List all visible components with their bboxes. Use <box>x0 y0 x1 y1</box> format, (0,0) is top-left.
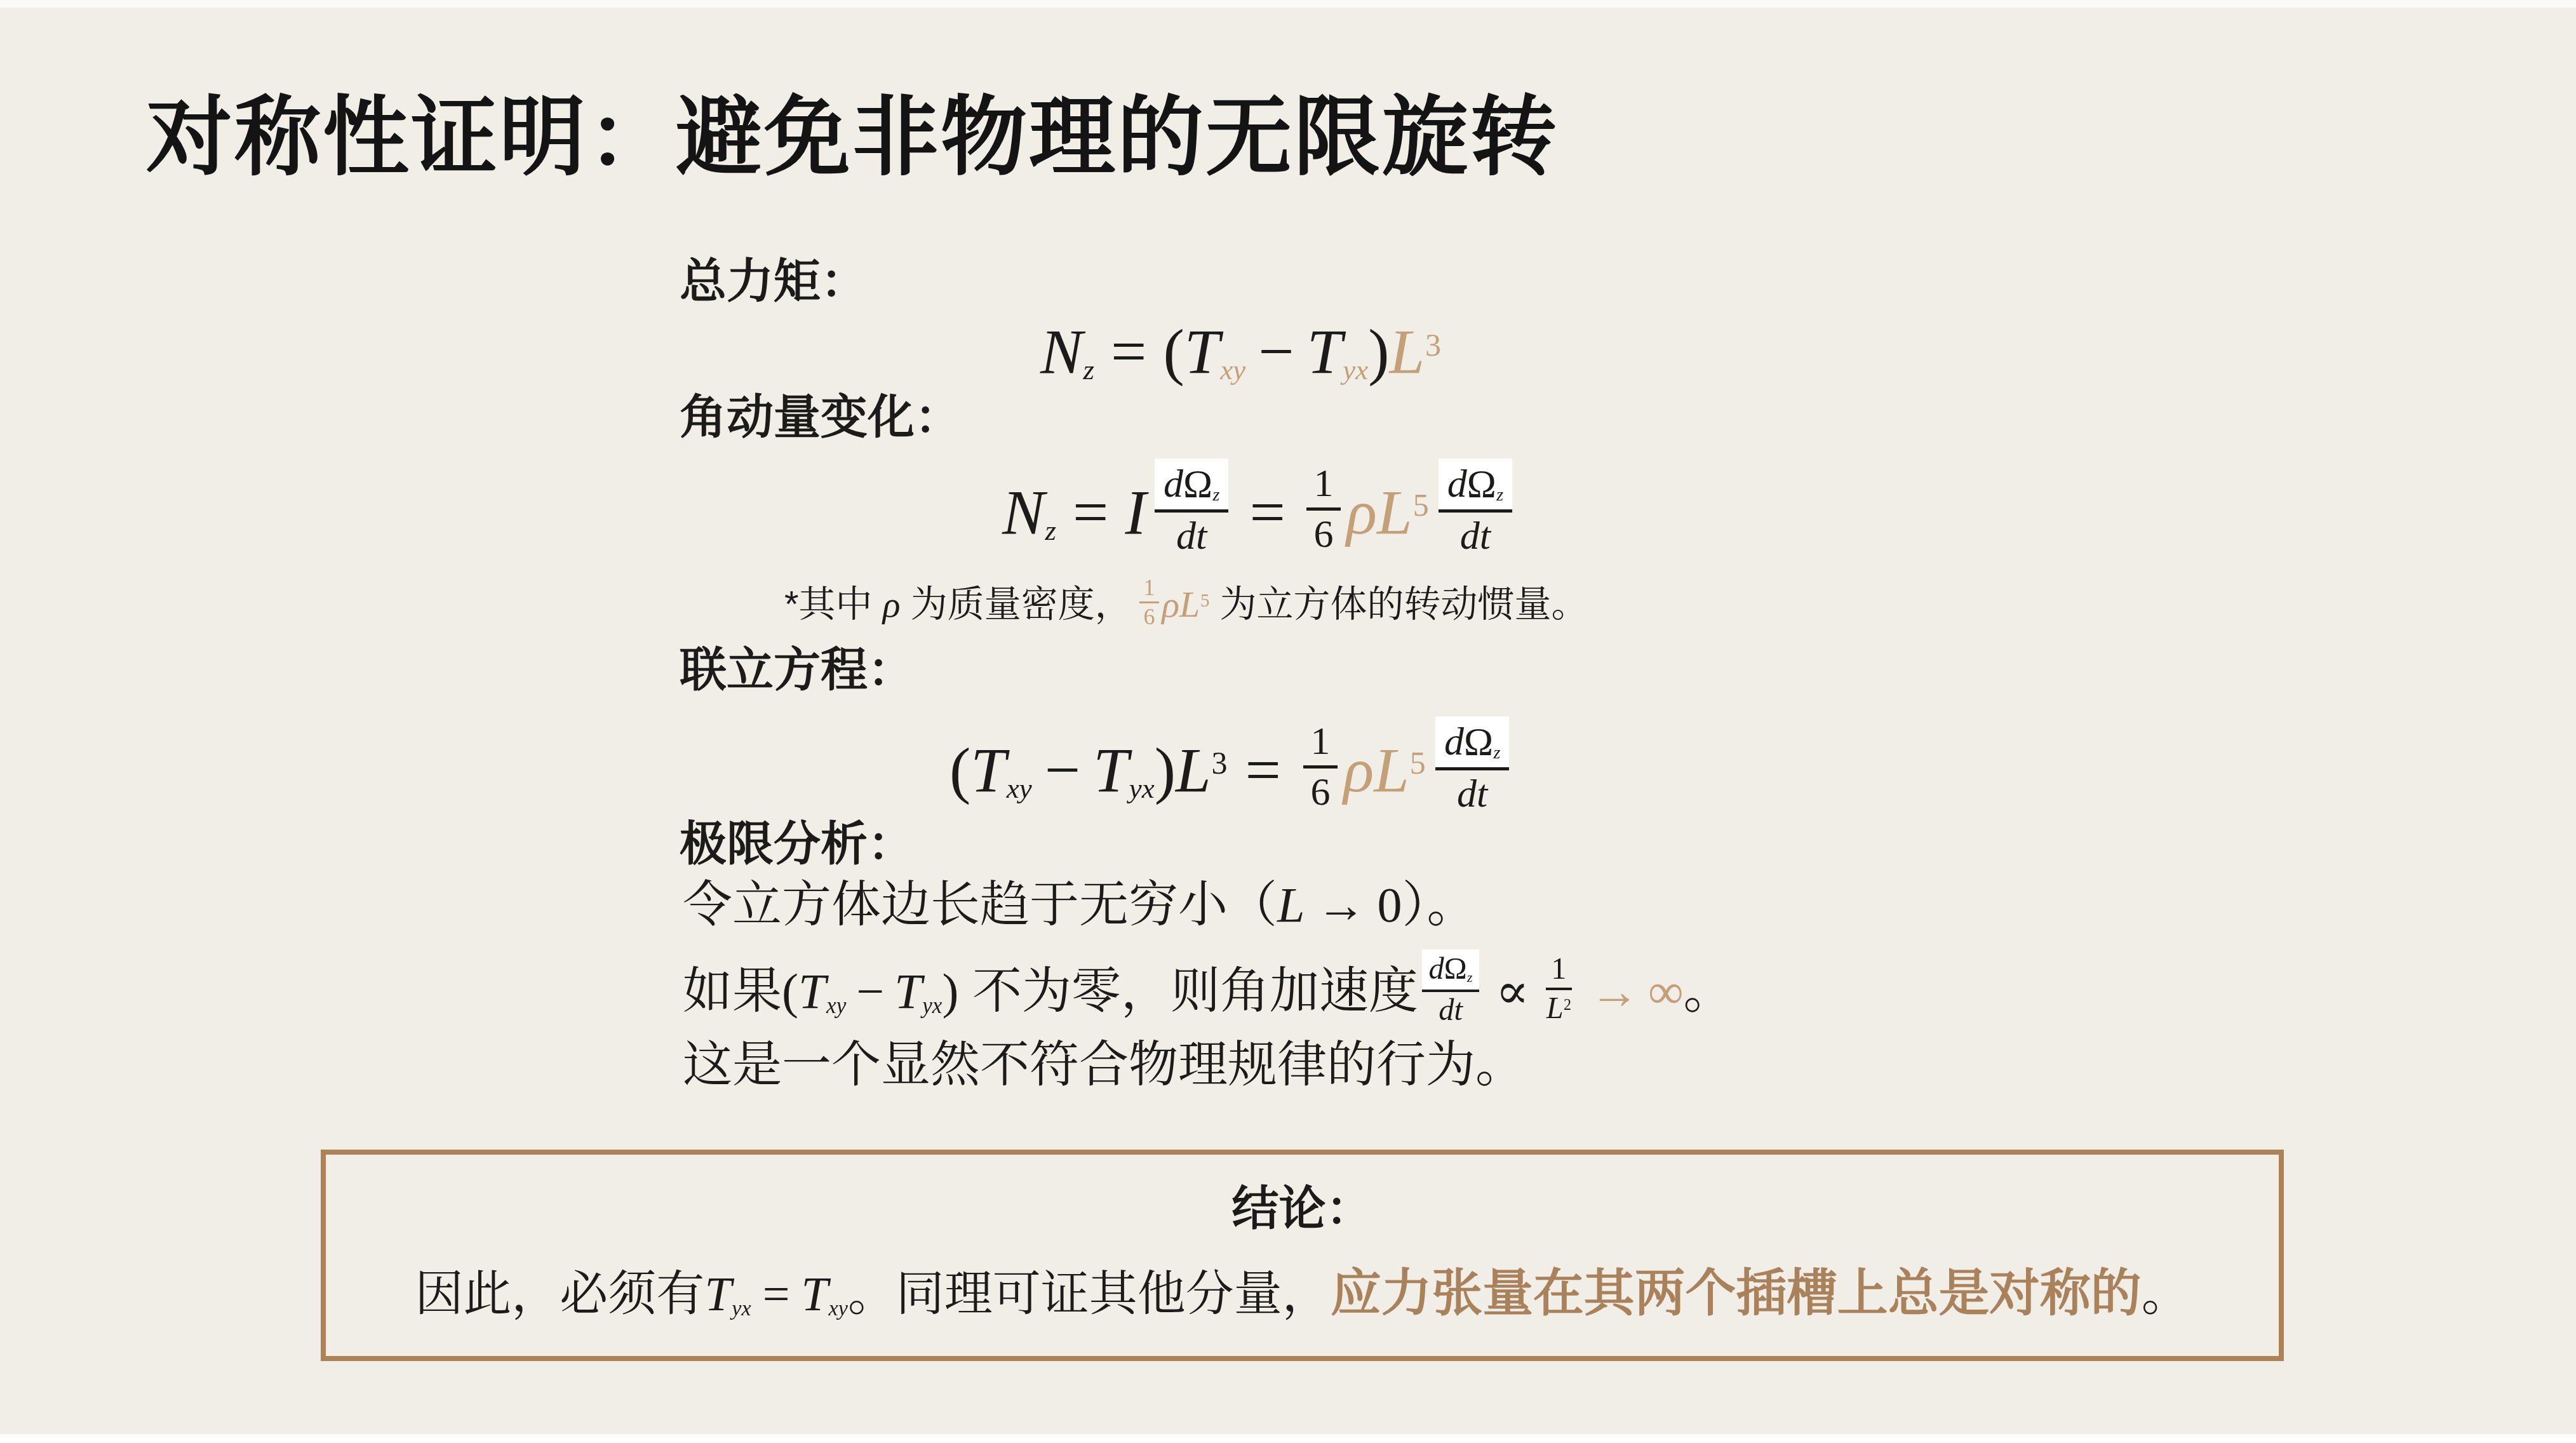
math-symbol-main: 6 <box>1313 513 1333 556</box>
math-symbol-main: T <box>1184 316 1220 387</box>
top-edge-strip <box>0 0 2576 8</box>
math-symbol-main: L <box>1179 584 1200 625</box>
math-symbol: dt <box>1460 514 1491 558</box>
math-symbol: ) <box>942 963 958 1019</box>
formula-total-torque: Nz=(Txy−Tyx)L3 <box>1040 315 1441 388</box>
math-symbol: 1 <box>1143 575 1155 600</box>
math-fraction: dΩzdt <box>1155 459 1228 557</box>
math-symbol: ( <box>949 735 970 805</box>
math-symbol-main: T <box>1093 735 1129 805</box>
math-symbol-main: L <box>1176 735 1211 805</box>
math-symbol-main: T <box>970 735 1006 805</box>
math-symbol-main: T <box>704 1268 731 1321</box>
math-text: 令立方体边长趋于无穷小（ <box>683 876 1277 932</box>
math-symbol: − <box>1258 316 1294 387</box>
math-symbol: 6 <box>1311 770 1331 814</box>
math-fraction: 16 <box>1139 574 1159 629</box>
limit-analysis-line-1: 令立方体边长趋于无穷小（L→0）。 <box>683 876 1476 934</box>
math-symbol: d <box>1164 462 1183 506</box>
math-symbol: dt <box>1439 993 1463 1027</box>
math-symbol: Txy <box>970 735 1031 805</box>
math-symbol: → <box>1590 963 1639 1019</box>
math-symbol-main: ) <box>1368 316 1389 387</box>
math-symbol: ∝ <box>1496 963 1529 1019</box>
math-text: 不为零，则角加速度 <box>958 963 1418 1019</box>
superscript: 3 <box>1425 327 1441 363</box>
limit-analysis-line-3: 这是一个显然不符合物理规律的行为。 <box>683 1037 1525 1094</box>
subscript: xy <box>1220 354 1245 386</box>
math-symbol: Tyx <box>704 1268 751 1321</box>
superscript: 3 <box>1212 745 1228 781</box>
math-symbol: L <box>1277 877 1305 932</box>
math-symbol: d <box>1447 462 1467 506</box>
math-symbol-main: − <box>1045 735 1080 805</box>
math-symbol-main: L <box>1374 735 1409 805</box>
slide: 对称性证明：避免非物理的无限旋转 总力矩： Nz=(Txy−Tyx)L3 角动量… <box>0 0 2576 1443</box>
math-symbol: d <box>1444 720 1464 763</box>
math-symbol: ρ <box>1343 735 1374 805</box>
math-fraction: dΩzdt <box>1422 950 1479 1026</box>
formula-angular-momentum: Nz=IdΩzdt=16ρL5dΩzdt <box>1002 467 1517 566</box>
fraction-numerator: dΩz <box>1439 459 1512 513</box>
math-symbol-main: dt <box>1457 772 1487 815</box>
math-text: 。 <box>2142 1267 2190 1321</box>
fraction-denominator: dt <box>1176 513 1207 557</box>
math-symbol-main: L <box>1377 477 1412 547</box>
math-symbol-main: ( <box>1164 316 1184 387</box>
math-symbol: → <box>1316 877 1365 932</box>
math-symbol: ρ <box>1162 584 1179 625</box>
math-symbol: 0 <box>1377 877 1402 932</box>
section-label-total-torque: 总力矩： <box>680 258 868 305</box>
math-symbol-main: d <box>1444 720 1464 763</box>
conclusion-heading: 结论： <box>1232 1185 1373 1232</box>
math-symbol-main: 1 <box>1143 575 1155 600</box>
math-text: 为质量密度， <box>901 584 1132 625</box>
math-symbol-main: 0 <box>1377 877 1402 932</box>
math-symbol: L3 <box>1176 735 1228 805</box>
math-symbol-main: T <box>798 963 826 1019</box>
math-symbol-main: L <box>1389 316 1425 387</box>
math-symbol: Nz <box>1040 316 1094 387</box>
math-symbol: = <box>1249 477 1285 547</box>
subscript: xy <box>826 993 846 1018</box>
math-symbol-main: 1 <box>1313 462 1333 505</box>
fraction-denominator: dt <box>1460 513 1491 557</box>
math-symbol-main: 6 <box>1143 604 1155 629</box>
math-symbol: ) <box>1368 316 1389 387</box>
math-text: 这是一个显然不符合物理规律的行为。 <box>683 1037 1525 1092</box>
math-symbol: 1 <box>1313 462 1333 505</box>
math-symbol-main: dt <box>1460 514 1491 558</box>
math-symbol: Ωz <box>1467 462 1503 506</box>
math-symbol-main: d <box>1164 462 1183 506</box>
math-symbol-main: → <box>1316 877 1365 932</box>
fraction-numerator: 1 <box>1546 951 1573 991</box>
math-symbol: 1 <box>1551 952 1566 986</box>
math-symbol: ρ <box>1346 477 1377 547</box>
math-symbol-main: 6 <box>1311 770 1331 814</box>
fraction-numerator: 1 <box>1303 718 1337 768</box>
math-symbol: ( <box>782 963 798 1019</box>
math-symbol-main: ∝ <box>1496 963 1529 1019</box>
math-symbol-main: d <box>1447 462 1467 506</box>
math-symbol-main: Ω <box>1467 462 1496 506</box>
math-fraction: 16 <box>1306 460 1340 554</box>
math-symbol-main: ρ <box>883 584 901 625</box>
math-symbol: Txy <box>802 1268 848 1321</box>
math-text: ）。 <box>1402 876 1476 932</box>
math-symbol: Tyx <box>894 963 942 1019</box>
fraction-numerator: 1 <box>1306 460 1340 511</box>
math-symbol: = <box>763 1268 790 1321</box>
math-text: 应力张量在其两个插槽上总是对称的 <box>1331 1265 2142 1321</box>
math-symbol-main: Ω <box>1183 462 1212 506</box>
fraction-denominator: 6 <box>1313 511 1333 555</box>
math-symbol-main: Ω <box>1464 720 1493 763</box>
math-symbol: Txy <box>1184 316 1245 387</box>
math-symbol-main: L <box>1546 991 1564 1025</box>
subscript: z <box>1496 485 1503 505</box>
subscript: z <box>1045 514 1057 546</box>
math-symbol: dt <box>1457 772 1487 815</box>
subscript: z <box>1213 485 1220 505</box>
math-symbol-main: dt <box>1176 514 1207 558</box>
fraction-numerator: dΩz <box>1422 950 1479 991</box>
math-symbol: L5 <box>1374 735 1426 805</box>
math-text: 因此，必须有 <box>415 1267 704 1321</box>
subscript: yx <box>922 993 942 1018</box>
formula-combined-equation: (Txy−Tyx)L3=16ρL5dΩzdt <box>949 725 1513 824</box>
conclusion-box: 结论： 因此，必须有Tyx=Txy。同理可证其他分量，应力张量在其两个插槽上总是… <box>321 1150 2284 1361</box>
conclusion-line: 因此，必须有Tyx=Txy。同理可证其他分量，应力张量在其两个插槽上总是对称的。 <box>415 1264 2189 1322</box>
math-symbol-main: dt <box>1439 993 1463 1027</box>
math-symbol-main: Ω <box>1444 952 1467 986</box>
inertia-note: *其中 ρ 为质量密度，16ρL5 为立方体的转动惯量。 <box>784 579 1588 634</box>
math-symbol-main: ( <box>949 735 970 805</box>
fraction-denominator: 6 <box>1143 603 1155 629</box>
math-symbol-main: = <box>1249 477 1285 547</box>
math-symbol-main: = <box>1245 735 1281 805</box>
math-symbol-main: = <box>1073 477 1108 547</box>
section-label-combined-equation: 联立方程： <box>680 647 915 694</box>
subscript: xy <box>829 1297 848 1320</box>
math-fraction: 16 <box>1303 718 1337 812</box>
math-symbol: L2 <box>1546 991 1571 1025</box>
math-symbol-main: ) <box>1155 735 1176 805</box>
fraction-numerator: 1 <box>1139 574 1159 603</box>
math-text: 。 <box>1684 963 1733 1019</box>
math-symbol: = <box>1073 477 1108 547</box>
math-symbol-main: T <box>894 963 922 1019</box>
math-symbol-main: ) <box>942 963 958 1019</box>
math-symbol-main: d <box>1429 952 1444 986</box>
math-symbol-main: = <box>1111 316 1146 387</box>
fraction-numerator: dΩz <box>1155 459 1228 513</box>
math-symbol-main: N <box>1040 316 1083 387</box>
math-symbol: ∞ <box>1648 963 1684 1019</box>
math-symbol-main: T <box>1307 316 1343 387</box>
math-symbol: Tyx <box>1307 316 1368 387</box>
subscript: xy <box>1007 772 1032 804</box>
section-label-limit-analysis: 极限分析： <box>680 821 915 868</box>
subscript: z <box>1494 743 1501 763</box>
math-symbol-main: ρ <box>1162 584 1179 625</box>
superscript: 5 <box>1200 591 1210 611</box>
math-symbol-main: I <box>1125 477 1146 547</box>
fraction-denominator: dt <box>1457 770 1487 815</box>
math-symbol: 6 <box>1313 513 1333 556</box>
subscript: z <box>1467 970 1472 985</box>
fraction-numerator: dΩz <box>1435 716 1509 770</box>
math-symbol: 6 <box>1143 604 1155 629</box>
math-symbol: Ωz <box>1183 462 1219 506</box>
math-text: 如果 <box>683 963 782 1019</box>
section-label-angular-momentum: 角动量变化： <box>680 394 962 441</box>
limit-analysis-line-2: 如果(Txy−Tyx) 不为零，则角加速度dΩzdt∝1L2→∞。 <box>683 956 1733 1033</box>
math-text: 。同理可证其他分量， <box>848 1267 1331 1321</box>
math-symbol: Nz <box>1002 477 1056 547</box>
fraction-denominator: L2 <box>1546 990 1571 1025</box>
math-fraction: 1L2 <box>1546 951 1573 1025</box>
math-symbol: d <box>1429 952 1444 986</box>
bottom-edge-strip <box>0 1434 2576 1443</box>
math-symbol: dt <box>1176 514 1207 558</box>
math-symbol-main: − <box>1258 316 1294 387</box>
superscript: 2 <box>1564 997 1571 1014</box>
math-symbol-main: = <box>763 1268 790 1321</box>
math-symbol-main: ( <box>782 963 798 1019</box>
math-symbol-main: → <box>1590 963 1639 1019</box>
math-symbol-main: 1 <box>1551 952 1566 986</box>
math-symbol: ) <box>1155 735 1176 805</box>
math-fraction: dΩzdt <box>1435 716 1509 815</box>
math-symbol-main: ∞ <box>1648 963 1684 1019</box>
math-symbol: Ωz <box>1444 952 1473 986</box>
math-symbol: = <box>1111 316 1146 387</box>
math-symbol: I <box>1125 477 1146 547</box>
math-symbol: L5 <box>1377 477 1429 547</box>
math-symbol-main: ρ <box>1346 477 1377 547</box>
math-symbol-main: T <box>802 1268 828 1321</box>
math-symbol: − <box>856 963 884 1019</box>
math-symbol: Tyx <box>1093 735 1154 805</box>
fraction-denominator: 6 <box>1311 768 1331 813</box>
math-symbol: Txy <box>798 963 846 1019</box>
math-symbol-main: L <box>1277 877 1305 932</box>
superscript: 5 <box>1413 487 1429 523</box>
math-symbol: Ωz <box>1464 720 1500 763</box>
subscript: yx <box>1129 772 1155 804</box>
slide-title: 对称性证明：避免非物理的无限旋转 <box>146 90 1559 185</box>
math-symbol-main: − <box>856 963 884 1019</box>
math-symbol: = <box>1245 735 1281 805</box>
math-text: *其中 <box>784 584 883 625</box>
math-symbol: L5 <box>1179 584 1209 625</box>
subscript: yx <box>1343 354 1368 386</box>
math-symbol: ( <box>1164 316 1184 387</box>
math-symbol: 1 <box>1311 720 1331 763</box>
math-symbol-main: 1 <box>1311 720 1331 763</box>
math-text: 为立方体的转动惯量。 <box>1209 584 1588 625</box>
math-symbol: L3 <box>1389 316 1441 387</box>
math-symbol-main: ρ <box>1343 735 1374 805</box>
subscript: z <box>1083 354 1095 386</box>
math-symbol-main: N <box>1002 477 1045 547</box>
superscript: 5 <box>1410 745 1426 781</box>
fraction-denominator: dt <box>1439 992 1463 1027</box>
subscript: yx <box>732 1297 751 1320</box>
math-symbol: − <box>1045 735 1080 805</box>
math-symbol: ρ <box>883 584 901 625</box>
math-fraction: dΩzdt <box>1439 459 1512 557</box>
